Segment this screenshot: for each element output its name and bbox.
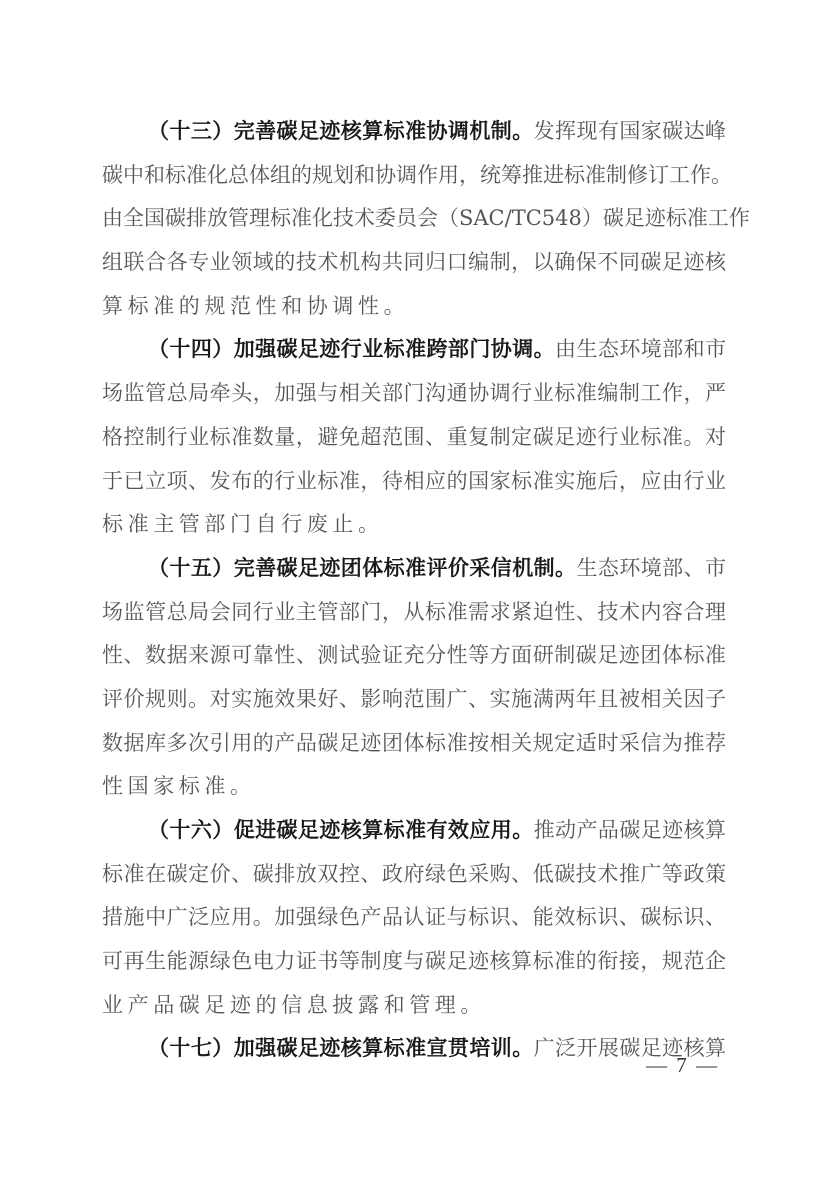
paragraph-text: 措施中广泛应用。加强绿色产品认证与标识、能效标识、碳标识、 [102, 900, 726, 944]
paragraph-text: 性国家标准。 [102, 769, 256, 813]
document-body: （十三）完善碳足迹核算标准协调机制。发挥现有国家碳达峰 碳中和标准化总体组的规划… [102, 114, 726, 1075]
paragraph-text: 可再生能源绿色电力证书等制度与碳足迹核算标准的衔接，规范企 [102, 944, 726, 988]
section-13-line-1: （十三）完善碳足迹核算标准协调机制。发挥现有国家碳达峰 [102, 114, 726, 158]
section-14-line-2: 场监管总局牵头，加强与相关部门沟通协调行业标准编制工作，严 [102, 376, 726, 420]
page-number: — 7 — [646, 1053, 719, 1078]
section-13-line-3: 由全国碳排放管理标准化技术委员会（SAC/TC548）碳足迹标准工作 [102, 201, 726, 245]
section-heading: （十六）促进碳足迹核算标准有效应用。 [148, 817, 534, 842]
section-14-line-1: （十四）加强碳足迹行业标准跨部门协调。由生态环境部和市 [102, 332, 726, 376]
paragraph-text: 场监管总局牵头，加强与相关部门沟通协调行业标准编制工作，严 [102, 376, 726, 420]
section-15-line-2: 场监管总局会同行业主管部门，从标准需求紧迫性、技术内容合理 [102, 595, 726, 639]
paragraph-text: 组联合各专业领域的技术机构共同归口编制，以确保不同碳足迹核 [102, 245, 726, 289]
section-16-line-3: 措施中广泛应用。加强绿色产品认证与标识、能效标识、碳标识、 [102, 900, 726, 944]
document-page: （十三）完善碳足迹核算标准协调机制。发挥现有国家碳达峰 碳中和标准化总体组的规划… [0, 0, 827, 1181]
section-16-line-4: 可再生能源绿色电力证书等制度与碳足迹核算标准的衔接，规范企 [102, 944, 726, 988]
section-16-line-1: （十六）促进碳足迹核算标准有效应用。推动产品碳足迹核算 [102, 813, 726, 857]
section-15-line-4: 评价规则。对实施效果好、影响范围广、实施满两年且被相关因子 [102, 682, 726, 726]
section-14-line-5: 标准主管部门自行废止。 [102, 507, 726, 551]
section-13-line-2: 碳中和标准化总体组的规划和协调作用，统筹推进标准制修订工作。 [102, 158, 726, 202]
section-heading: （十四）加强碳足迹行业标准跨部门协调。 [148, 336, 555, 361]
section-14-line-4: 于已立项、发布的行业标准，待相应的国家标准实施后，应由行业 [102, 464, 726, 508]
section-17-line-1: （十七）加强碳足迹核算标准宣贯培训。广泛开展碳足迹核算 [102, 1031, 726, 1075]
paragraph-text: 碳中和标准化总体组的规划和协调作用，统筹推进标准制修订工作。 [102, 158, 726, 202]
section-14-line-3: 格控制行业标准数量，避免超范围、重复制定碳足迹行业标准。对 [102, 420, 726, 464]
paragraph-text: 评价规则。对实施效果好、影响范围广、实施满两年且被相关因子 [102, 682, 726, 726]
section-heading: （十五）完善碳足迹团体标准评价采信机制。 [148, 555, 576, 580]
paragraph-text: 标准在碳定价、碳排放双控、政府绿色采购、低碳技术推广等政策 [102, 857, 726, 901]
section-16-line-5: 业产品碳足迹的信息披露和管理。 [102, 988, 726, 1032]
paragraph-text: 业产品碳足迹的信息披露和管理。 [102, 988, 486, 1032]
paragraph-text: 格控制行业标准数量，避免超范围、重复制定碳足迹行业标准。对 [102, 420, 726, 464]
section-15-line-6: 性国家标准。 [102, 769, 726, 813]
paragraph-text: 生态环境部、市 [576, 556, 726, 580]
paragraph-text: 由生态环境部和市 [555, 337, 726, 361]
section-13-line-4: 组联合各专业领域的技术机构共同归口编制，以确保不同碳足迹核 [102, 245, 726, 289]
section-16-line-2: 标准在碳定价、碳排放双控、政府绿色采购、低碳技术推广等政策 [102, 857, 726, 901]
paragraph-text: 推动产品碳足迹核算 [534, 818, 726, 842]
section-heading: （十七）加强碳足迹核算标准宣贯培训。 [148, 1035, 534, 1060]
paragraph-text: 场监管总局会同行业主管部门，从标准需求紧迫性、技术内容合理 [102, 595, 726, 639]
paragraph-text: 算标准的规范性和协调性。 [102, 289, 409, 333]
section-15-line-3: 性、数据来源可靠性、测试验证充分性等方面研制碳足迹团体标准 [102, 638, 726, 682]
paragraph-text: 数据库多次引用的产品碳足迹团体标准按相关规定适时采信为推荐 [102, 726, 726, 770]
section-15-line-5: 数据库多次引用的产品碳足迹团体标准按相关规定适时采信为推荐 [102, 726, 726, 770]
section-15-line-1: （十五）完善碳足迹团体标准评价采信机制。生态环境部、市 [102, 551, 726, 595]
section-heading: （十三）完善碳足迹核算标准协调机制。 [148, 118, 534, 143]
paragraph-text: 性、数据来源可靠性、测试验证充分性等方面研制碳足迹团体标准 [102, 638, 726, 682]
section-13-line-5: 算标准的规范性和协调性。 [102, 289, 726, 333]
paragraph-text: 发挥现有国家碳达峰 [534, 119, 726, 143]
paragraph-text: 标准主管部门自行废止。 [102, 507, 384, 551]
paragraph-text: 于已立项、发布的行业标准，待相应的国家标准实施后，应由行业 [102, 464, 726, 508]
paragraph-text: 由全国碳排放管理标准化技术委员会（SAC/TC548）碳足迹标准工作 [102, 201, 726, 245]
